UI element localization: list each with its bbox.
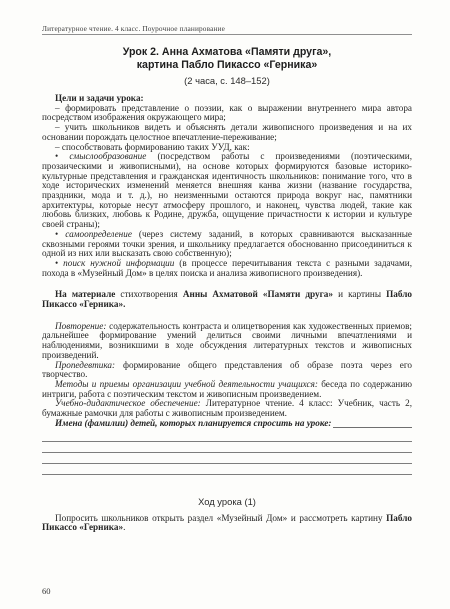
paragraph-goal-2: – учить школьников видеть и объяснять де… xyxy=(42,123,412,142)
lesson-subtitle: (2 часа, с. 148–152) xyxy=(42,75,412,86)
paragraph-obespechenie: Учебно-дидактическое обеспечение: Литера… xyxy=(42,399,412,418)
names-blank-fill-line xyxy=(333,419,412,428)
lesson-body: Цели и задачи урока: – формировать предс… xyxy=(42,94,412,475)
lesson-title-line-2: картина Пабло Пикассо «Герника» xyxy=(42,59,412,72)
paragraph-propedevtika: Пропедевтика: формирование общего предст… xyxy=(42,361,412,380)
blank-line xyxy=(42,432,412,443)
paragraph-uud-samoopredelenie: • самоопределение (через систему заданий… xyxy=(42,230,412,259)
lesson-title-line-1: Урок 2. Анна Ахматова «Памяти друга», xyxy=(42,46,412,59)
running-head: Литературное чтение. 4 класс. Поурочное … xyxy=(42,24,412,33)
header-rule xyxy=(42,34,412,35)
lesson-flow-paragraph: Попросить школьников открыть раздел «Муз… xyxy=(42,514,412,533)
paragraph-metody: Методы и приемы организации учебной деят… xyxy=(42,380,412,399)
names-prompt-label: Имена (фамилии) детей, которых планирует… xyxy=(55,419,331,429)
blank-line xyxy=(42,453,412,464)
paragraph-uud-smysloobrazovanie: • смыслообразование (посредством работы … xyxy=(42,152,412,230)
paragraph-goal-1: – формировать представление о поэзии, ка… xyxy=(42,104,412,123)
paragraph-names-prompt: Имена (фамилии) детей, которых планирует… xyxy=(42,419,412,429)
page-number: 60 xyxy=(42,586,51,596)
paragraph-material: На материале стихотворения Анны Ахматово… xyxy=(42,290,412,309)
lesson-flow-heading: Ход урока (1) xyxy=(42,496,412,507)
paragraph-povtorenie: Повторение: содержательность контраста и… xyxy=(42,322,412,361)
lesson-title: Урок 2. Анна Ахматова «Памяти друга», ка… xyxy=(42,46,412,72)
document-page: Литературное чтение. 4 класс. Поурочное … xyxy=(0,0,450,609)
blank-line xyxy=(42,464,412,475)
paragraph-uud-poisk-informacii: • поиск нужной информации (в процессе пе… xyxy=(42,259,412,278)
answer-blank-lines xyxy=(42,432,412,475)
blank-line xyxy=(42,442,412,453)
